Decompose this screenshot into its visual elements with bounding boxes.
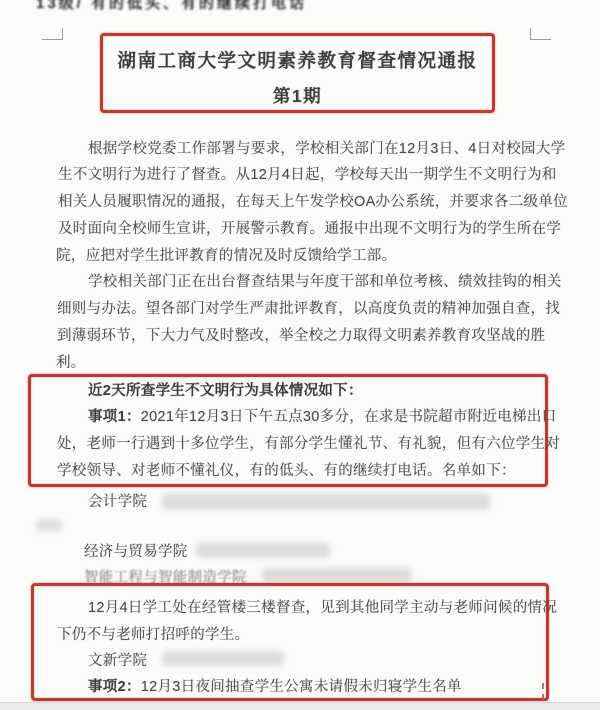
paragraph-2-line: 细则与办法。望各部门对学生严肃批评教育，以高度负责的精神加强自查，找 <box>57 296 560 322</box>
document-page: 13级/ 有的低头、有的继续打电话 湖南工商大学文明素养教育督查情况通报 第1期… <box>0 0 600 710</box>
clipped-previous-line: 13级/ 有的低头、有的继续打电话 <box>36 0 366 12</box>
crop-mark-top-right-icon <box>530 28 551 40</box>
item1-label: 事项1： <box>88 409 141 425</box>
college-name: 会计学院 <box>88 489 147 515</box>
box2-line: 下仍不与老师打招呼的学生。 <box>57 622 249 648</box>
redacted-names-blur <box>162 651 284 666</box>
item2-line: 事项2：12月3日夜间抽查学生公寓未请假未归寝学生名单 <box>88 674 462 700</box>
paragraph-1-line: 根据学校党委工作部署与要求，学校相关部门在12月3日、4日对校园大学 <box>88 136 565 162</box>
red-dashed-artifact <box>542 683 547 700</box>
paragraph-2-line: 利。 <box>56 350 86 376</box>
box2-line: 12月4日学工处在经管楼三楼督查，见到其他同学主动与老师问候的情况 <box>88 595 557 621</box>
redacted-names-blur <box>162 493 490 510</box>
paragraph-2-line: 到薄弱环节，下大力气及时整改，举全校之力取得文明素养教育攻坚战的胜 <box>57 323 545 349</box>
item1-text: 2021年12月3日下午五点30多分，在求是书院超市附近电梯出口 <box>141 409 557 425</box>
paragraph-1-line: 相关人员履职情况的通报，在每天上午发学校OA办公系统，并要求各二级单位 <box>58 189 568 215</box>
item2-text: 12月3日夜间抽查学生公寓未请假未归寝学生名单 <box>141 679 462 695</box>
item1-line: 学校领导、对老师不懂礼仪，有的低头、有的继续打电话。名单如下： <box>57 458 516 484</box>
paragraph-2-line: 学校相关部门正在出台督查结果与年度干部和单位考核、绩效挂钩的相关 <box>88 269 562 295</box>
item2-label: 事项2： <box>88 679 141 695</box>
college-name: 文新学院 <box>88 648 147 674</box>
redacted-names-blur <box>196 543 330 558</box>
paragraph-1-line: 及时面向全校师生宣讲，开展警示教育。通报中出现不文明行为的学生所在学 <box>58 216 561 242</box>
paragraph-1-line: 生不文明行为进行了督查。从12月4日起，学校每天出一期学生不文明行为和 <box>58 162 557 188</box>
document-title: 湖南工商大学文明素养教育督查情况通报 <box>100 47 495 73</box>
crop-mark-top-left-icon <box>42 28 63 40</box>
college-name: 经济与贸易学院 <box>84 539 188 565</box>
paragraph-1-line: 院，应把对学生批评教育的情况及时反馈给学工部。 <box>56 243 396 269</box>
clipped-previous-line-text: 13级/ 有的低头、有的继续打电话 <box>36 0 366 12</box>
issue-number: 第1期 <box>100 83 495 108</box>
findings-heading: 近2天所查学生不文明行为具体情况如下： <box>88 378 363 404</box>
photo-bottom-edge <box>0 702 600 710</box>
redacted-names-blur <box>36 520 62 531</box>
redacted-names-blur <box>262 568 412 583</box>
item1-line: 处，老师一行遇到十多位学生，有部分学生懂礼节、有礼貌，但有六位学生对 <box>57 431 560 457</box>
item1-line: 事项1：2021年12月3日下午五点30多分，在求是书院超市附近电梯出口 <box>88 404 556 430</box>
